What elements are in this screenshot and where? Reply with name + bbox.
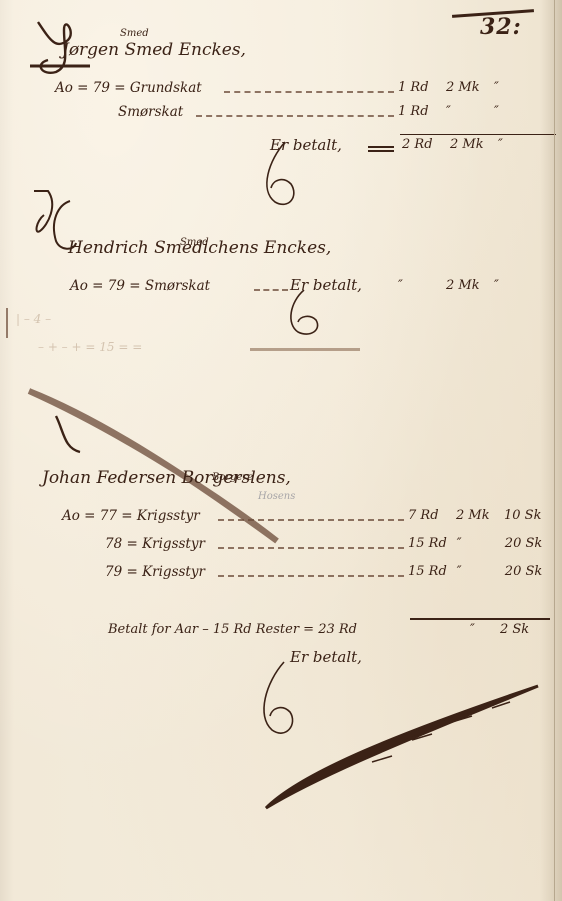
amount-rd: 2 Rd — [402, 137, 440, 152]
amount-rd: 1 Rd — [398, 104, 436, 119]
ledger-line-label: 79 = Krigsstyr — [105, 564, 205, 580]
ledger-amount: 7 Rd 2 Mk 10 Sk — [408, 508, 542, 523]
amount-sk: ″ — [494, 104, 532, 119]
ledger-line-label: 78 = Krigsstyr — [105, 536, 205, 552]
initial-flourish-icon — [50, 412, 110, 462]
amount-rd: 7 Rd — [408, 508, 446, 523]
ghost-text: | – 4 – — [16, 312, 51, 326]
amount-mk: ″ — [470, 622, 490, 637]
leader-dots — [218, 519, 404, 521]
amount-sk: 2 Sk — [500, 622, 538, 637]
ledger-amount: 1 Rd 2 Mk ″ — [398, 80, 532, 95]
amount-mk: 2 Mk — [446, 80, 484, 95]
amount-sk: 20 Sk — [505, 536, 543, 551]
amount-mk: ″ — [457, 536, 495, 551]
amount-sk: ″ — [494, 278, 532, 293]
leader-dots — [218, 575, 404, 577]
margin-tick — [6, 308, 8, 338]
paid-overline — [410, 618, 550, 620]
amount-mk: ″ — [457, 564, 495, 579]
pencil-margin-note: Hosens — [258, 491, 562, 502]
ledger-amount: 1 Rd ″ ″ — [398, 104, 532, 119]
amount-mk: 2 Mk — [450, 137, 488, 152]
paid-amount: ″ 2 Sk — [470, 622, 538, 637]
entry-total: 2 Rd 2 Mk ″ — [402, 137, 536, 152]
ledger-entry-jorgen: Jørgen Smed Enckes, Smed Ao = 79 = Grund… — [0, 0, 562, 11]
leader-dots — [218, 547, 404, 549]
ghost-text: – + – + = 15 = = — [38, 340, 142, 354]
leader-dots — [224, 91, 394, 93]
ledger-amount: ″ 2 Mk ″ — [398, 278, 532, 293]
entry-heading-text: Jørgen Smed Enckes, — [62, 40, 246, 60]
loop-flourish-icon — [255, 140, 315, 210]
total-overline — [400, 134, 556, 135]
amount-sk: ″ — [494, 80, 532, 95]
closing-stroke-icon — [262, 682, 542, 812]
ledger-line-label: Ao = 79 = Grundskat — [55, 80, 202, 96]
binding-edge — [554, 0, 555, 901]
ledger-line-label: Ao = 79 = Smørskat — [70, 278, 210, 294]
heading-superscript: Smed — [180, 237, 562, 248]
ghost-rule — [250, 348, 360, 351]
amount-rd: 15 Rd — [408, 536, 447, 551]
amount-rd: ″ — [398, 278, 436, 293]
entry-heading: Jørgen Smed Enckes, — [62, 40, 246, 60]
heading-superscript: Borgere — [212, 472, 562, 483]
amount-sk: 10 Sk — [504, 508, 542, 523]
heading-superscript: Smed — [120, 28, 562, 39]
loop-flourish-icon — [282, 288, 332, 338]
amount-mk: ″ — [446, 104, 484, 119]
ledger-amount: 15 Rd ″ 20 Sk — [408, 536, 543, 551]
amount-rd: 15 Rd — [408, 564, 447, 579]
amount-sk: 20 Sk — [505, 564, 543, 579]
total-double-rule — [368, 146, 394, 152]
ledger-line-label: Smørskat — [118, 104, 183, 120]
leader-dots — [196, 115, 394, 117]
amount-rd: 1 Rd — [398, 80, 436, 95]
amount-mk: 2 Mk — [456, 508, 494, 523]
ledger-line-label: Ao = 77 = Krigsstyr — [62, 508, 200, 524]
amount-sk: ″ — [498, 137, 536, 152]
paid-line-label: Betalt for Aar – 15 Rd Rester = 23 Rd — [108, 622, 357, 637]
ledger-amount: 15 Rd ″ 20 Sk — [408, 564, 543, 579]
amount-mk: 2 Mk — [446, 278, 484, 293]
